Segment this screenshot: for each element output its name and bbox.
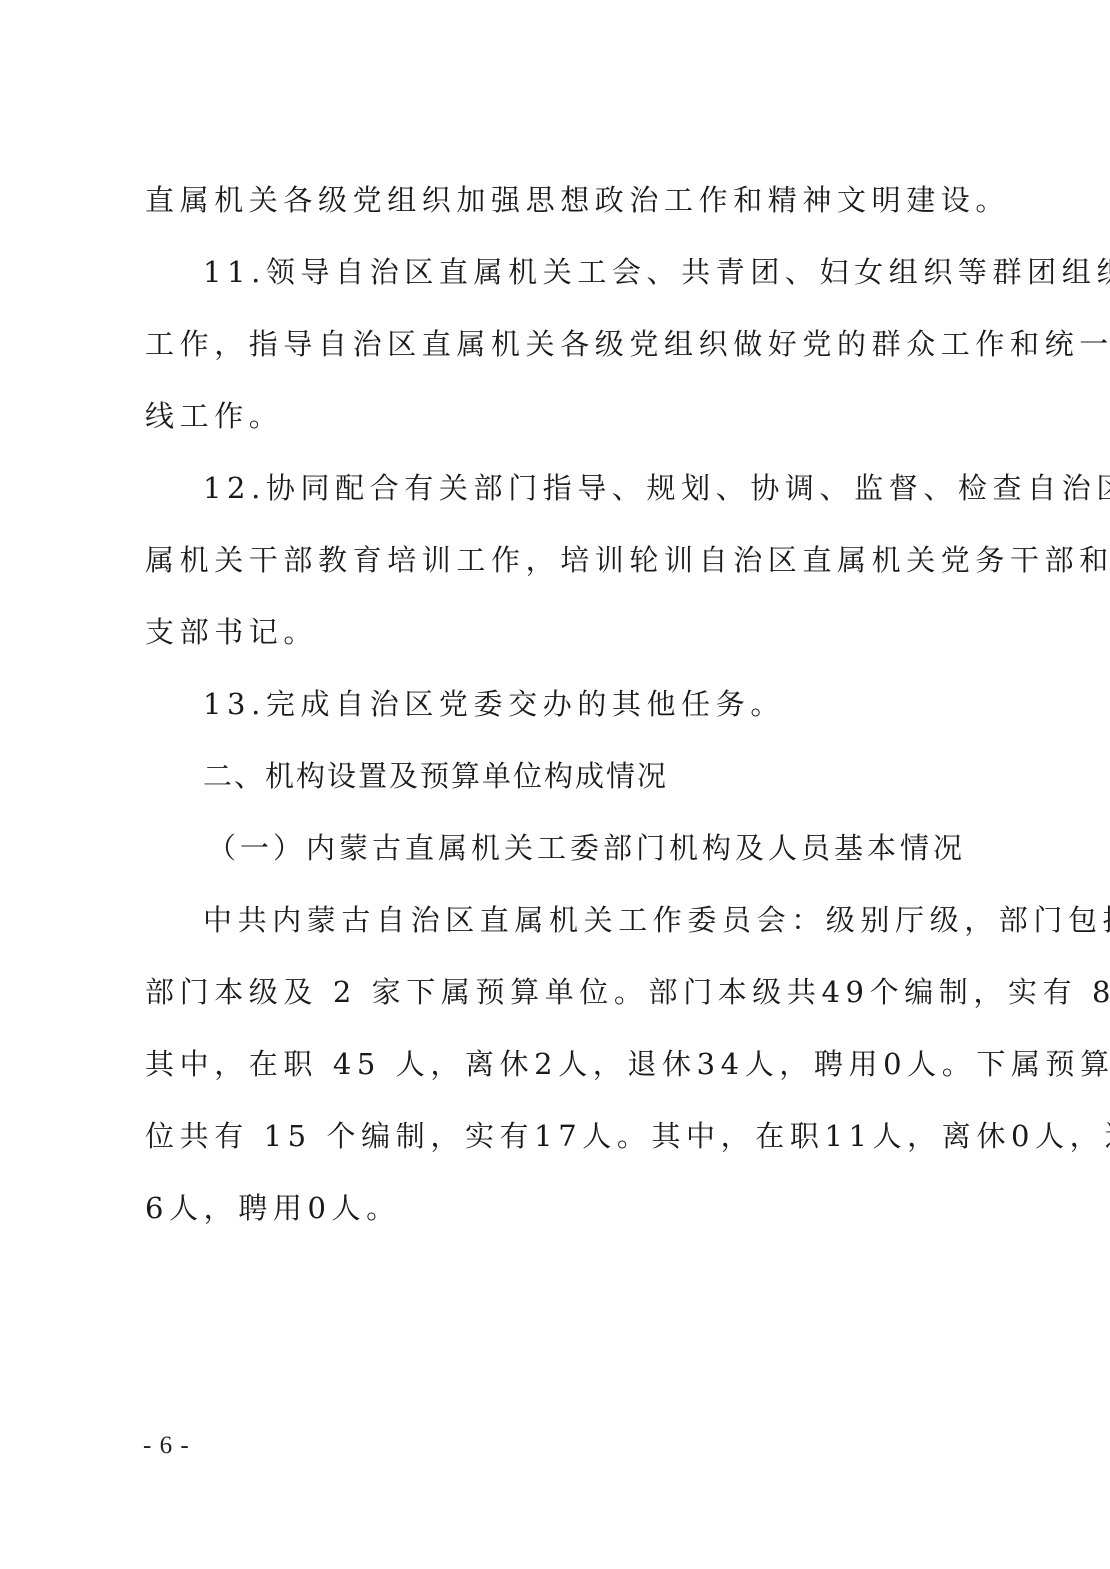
page-content: 直属机关各级党组织加强思想政治工作和精神文明建设。 11.领导自治区直属机关工会… (145, 164, 967, 1244)
list-item-11-line: 工作，指导自治区直属机关各级党组织做好党的群众工作和统一战 (145, 308, 967, 380)
page-number: - 6 - (143, 1432, 190, 1460)
body-paragraph-line: 部门本级及 2 家下属预算单位。部门本级共49个编制，实有 81 人。 (145, 956, 967, 1028)
list-item-12-line: 支部书记。 (145, 596, 967, 668)
paragraph-line: 直属机关各级党组织加强思想政治工作和精神文明建设。 (145, 164, 967, 236)
list-item-11-line: 11.领导自治区直属机关工会、共青团、妇女组织等群团组织的 (145, 236, 967, 308)
list-item-11-line: 线工作。 (145, 380, 967, 452)
list-item-12-line: 属机关干部教育培训工作，培训轮训自治区直属机关党务干部和党 (145, 524, 967, 596)
body-paragraph-line: 6人，聘用0人。 (145, 1172, 967, 1244)
subsection-heading: （一）内蒙古直属机关工委部门机构及人员基本情况 (145, 812, 967, 884)
body-paragraph-line: 其中，在职 45 人，离休2人，退休34人，聘用0人。下属预算单 (145, 1028, 967, 1100)
list-item-13-line: 13.完成自治区党委交办的其他任务。 (145, 668, 967, 740)
body-paragraph-line: 位共有 15 个编制，实有17人。其中，在职11人，离休0人，退休 (145, 1100, 967, 1172)
body-paragraph-line: 中共内蒙古自治区直属机关工作委员会：级别厅级，部门包括 (145, 884, 967, 956)
section-heading: 二、机构设置及预算单位构成情况 (145, 740, 967, 812)
document-page: 直属机关各级党组织加强思想政治工作和精神文明建设。 11.领导自治区直属机关工会… (0, 0, 1110, 1569)
list-item-12-line: 12.协同配合有关部门指导、规划、协调、监督、检查自治区直 (145, 452, 967, 524)
